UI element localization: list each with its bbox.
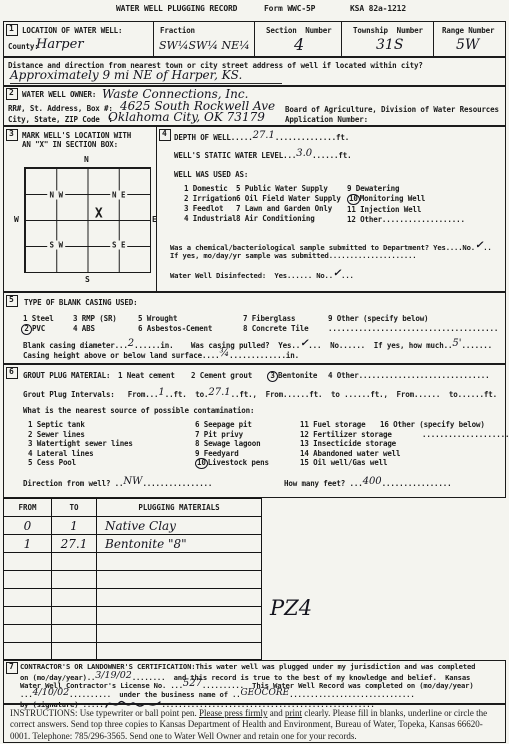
option-label: Injection Well bbox=[360, 205, 421, 214]
height-dots: .............in. bbox=[229, 351, 299, 360]
option-label: Fuel storage bbox=[313, 420, 365, 429]
source-option: 1 Septic tank bbox=[28, 420, 133, 430]
form-statute: KSA 82a-1212 bbox=[350, 4, 406, 14]
casing-option: 1 Steel bbox=[23, 314, 54, 323]
divider bbox=[254, 22, 255, 56]
depth-label: DEPTH OF WELL..... bbox=[174, 133, 253, 142]
pulled-dots: ....... bbox=[461, 341, 492, 350]
table-cell bbox=[52, 571, 97, 589]
grout-option: 2 Cement grout bbox=[191, 371, 252, 380]
form-body: 1 LOCATION OF WATER WELL: County: Harper… bbox=[3, 21, 506, 743]
used-as-label: WELL WAS USED AS: bbox=[174, 170, 248, 179]
disinfected-no-checkmark: ✓ bbox=[333, 268, 341, 279]
option-number: 7 bbox=[236, 204, 240, 213]
option-label: Feedlot bbox=[193, 204, 224, 213]
source-column-1: 1 Septic tank 2 Sewer lines 3 Watertight… bbox=[28, 420, 133, 468]
option-number: 2 bbox=[191, 371, 195, 380]
use-option: 12 Other................... bbox=[347, 215, 465, 225]
source-option: 7 Pit privy bbox=[195, 430, 269, 440]
box-1-number: 1 bbox=[6, 24, 18, 36]
option-number: 7 bbox=[195, 430, 199, 439]
box-5-casing: 5 TYPE OF BLANK CASING USED: 1 Steel 3 R… bbox=[3, 292, 506, 364]
scanned-water-well-plugging-record: { "header": { "title": "WATER WELL PLUGG… bbox=[0, 0, 509, 744]
county-value: Harper bbox=[36, 37, 84, 52]
use-option: 3 Feedlot bbox=[184, 204, 236, 214]
option-number: 13 bbox=[300, 439, 309, 448]
contamination-label: What is the nearest source of possible c… bbox=[23, 406, 254, 415]
option-number: 11 bbox=[300, 420, 309, 429]
box-3-title-2: AN "X" IN SECTION BOX: bbox=[22, 140, 118, 149]
feet-label: How many feet? ... bbox=[284, 479, 363, 488]
compass-north: N bbox=[84, 155, 89, 164]
option-label: Public Water Supply bbox=[245, 184, 328, 193]
option-number: 3 bbox=[73, 314, 77, 323]
casing-option: 6 Asbestos-Cement bbox=[138, 324, 212, 333]
option-label: Oil Field Water Supply bbox=[245, 194, 341, 203]
plugged-date-value: 3/19/02 bbox=[95, 670, 132, 681]
intervals-seg: ..ft., From......ft. to ......ft., From.… bbox=[231, 390, 497, 399]
col-header-from: FROM bbox=[4, 499, 52, 517]
table-cell bbox=[4, 571, 52, 589]
use-option: 1 Domestic bbox=[184, 184, 236, 194]
divider bbox=[156, 127, 157, 291]
source-option: 3 Watertight sewer lines bbox=[28, 439, 133, 449]
option-number: 3 bbox=[184, 204, 188, 213]
height-value: ¾ bbox=[219, 348, 229, 359]
option-label: Asbestos-Cement bbox=[147, 324, 212, 333]
chem-dots: .. bbox=[483, 243, 491, 252]
interval-from-value: 1 bbox=[158, 387, 164, 398]
form-title: WATER WELL PLUGGING RECORD bbox=[116, 4, 237, 14]
direction-label: Direction from well? .. bbox=[23, 479, 123, 488]
table-cell bbox=[4, 643, 52, 661]
option-number: 2 bbox=[28, 430, 32, 439]
option-label: Air Conditioning bbox=[245, 214, 315, 223]
option-number-circled: 3 bbox=[267, 371, 278, 382]
table-cell: Bentonite "8" bbox=[97, 535, 261, 553]
option-number: 8 bbox=[236, 214, 240, 223]
option-label: Industrial bbox=[193, 214, 237, 223]
other-dotted-line: ....................... bbox=[380, 430, 509, 440]
compass-east: E bbox=[152, 215, 157, 224]
option-number: 12 bbox=[347, 215, 356, 224]
chem-no-checkmark: ✓ bbox=[475, 240, 483, 251]
casing-option-pvc: 2PVC bbox=[21, 324, 45, 335]
divider bbox=[341, 22, 342, 56]
box-1-location: 1 LOCATION OF WATER WELL: County: Harper… bbox=[3, 21, 506, 57]
pz4-annotation: PZ4 bbox=[270, 596, 312, 620]
swl-suffix: ......ft. bbox=[312, 151, 351, 160]
option-label: Sewage lagoon bbox=[204, 439, 261, 448]
option-label: Cement grout bbox=[200, 371, 252, 380]
feet-value: 400 bbox=[363, 476, 382, 487]
table-cell bbox=[52, 643, 97, 661]
option-label: Concrete Tile bbox=[252, 324, 309, 333]
box-3-number: 3 bbox=[6, 129, 18, 141]
instr-seg: and bbox=[267, 708, 285, 718]
table-cell bbox=[97, 589, 261, 607]
owner-label: WATER WELL OWNER: bbox=[22, 90, 96, 99]
diameter-dots: ......in. bbox=[134, 341, 173, 350]
fraction-value: SW¼SW¼ NE¼ bbox=[159, 39, 250, 52]
intervals-label: Grout Plug Intervals: bbox=[23, 390, 115, 399]
option-number: 14 bbox=[300, 449, 309, 458]
application-label: Application Number: bbox=[285, 115, 368, 124]
address-label: RR#, St. Address, Box #: bbox=[8, 104, 113, 113]
option-number: 8 bbox=[195, 439, 199, 448]
table-cell: 1 bbox=[4, 535, 52, 553]
option-label: Other................... bbox=[360, 215, 465, 224]
pulled-mid: ... No...... If yes, how much.. bbox=[308, 341, 452, 350]
option-label: Septic tank bbox=[37, 420, 85, 429]
grout-option: 4 Other.............................. bbox=[328, 371, 490, 380]
agency-line: Board of Agriculture, Division of Water … bbox=[285, 105, 499, 114]
table-cell bbox=[97, 643, 261, 661]
box-2-number: 2 bbox=[6, 88, 18, 100]
option-label: Livestock pens bbox=[208, 458, 269, 467]
option-label: Domestic bbox=[193, 184, 228, 193]
uses-column-2: 5 Public Water Supply 6 Oil Field Water … bbox=[236, 184, 341, 224]
direction-line: Direction from well? ..NW...............… bbox=[23, 478, 212, 490]
option-number: 9 bbox=[328, 314, 332, 323]
table-cell bbox=[97, 607, 261, 625]
grout-option-bentonite: 3Bentonite bbox=[267, 371, 317, 382]
casing-height-line: Casing height above or below land surfac… bbox=[23, 350, 299, 362]
city-label: City, State, ZIP Code : bbox=[8, 115, 113, 124]
direction-value: NW bbox=[123, 476, 142, 487]
section-value: 4 bbox=[294, 35, 304, 54]
option-number: 1 bbox=[184, 184, 188, 193]
static-water-line: WELL'S STATIC WATER LEVEL...3.0......ft. bbox=[174, 150, 351, 162]
option-label: Pit privy bbox=[204, 430, 243, 439]
range-label: Range Number bbox=[442, 26, 494, 35]
county-label: County: bbox=[8, 42, 39, 51]
option-number: 8 bbox=[243, 324, 247, 333]
use-option: 4 Industrial bbox=[184, 214, 236, 224]
range-value: 5W bbox=[456, 37, 479, 53]
feet-line: How many feet? ...400................ bbox=[284, 478, 452, 490]
table-cell bbox=[52, 553, 97, 571]
license-number-value: 527 bbox=[183, 678, 202, 689]
source-option: 5 Cess Pool bbox=[28, 458, 133, 468]
township-value: 31S bbox=[376, 37, 403, 53]
divider bbox=[433, 22, 434, 56]
option-number: 3 bbox=[28, 439, 32, 448]
col-header-materials: PLUGGING MATERIALS bbox=[97, 499, 261, 517]
diameter-label: Blank casing diameter... bbox=[23, 341, 128, 350]
diameter-value: 2 bbox=[128, 338, 134, 349]
distance-row: Distance and direction from nearest town… bbox=[3, 57, 506, 86]
quadrant-se: S E bbox=[110, 240, 128, 249]
col-header-to: TO bbox=[52, 499, 97, 517]
option-label: Insecticide storage bbox=[313, 439, 396, 448]
table-cell bbox=[52, 625, 97, 643]
option-number: 5 bbox=[236, 184, 240, 193]
other-dotted-line: ....................................... bbox=[328, 324, 498, 333]
grout-intervals-line: Grout Plug Intervals: From...1..ft. to.2… bbox=[23, 389, 497, 401]
disinfected-label: Water Well Disinfected: Yes...... No.. bbox=[170, 271, 333, 280]
spacer bbox=[115, 390, 128, 399]
box-6-number: 6 bbox=[6, 367, 18, 379]
option-label: Seepage pit bbox=[204, 420, 252, 429]
distance-value: Approximately 9 mi NE of Harper, KS. bbox=[10, 68, 282, 84]
row-box3-box4: 3 MARK WELL'S LOCATION WITH AN "X" IN SE… bbox=[3, 126, 506, 292]
table-cell bbox=[4, 625, 52, 643]
option-number: 2 bbox=[184, 194, 188, 203]
city-value: Oklahoma City, OK 73179 bbox=[108, 110, 265, 124]
source-option: 14 Abandoned water well bbox=[300, 449, 400, 459]
source-column-2: 6 Seepage pit 7 Pit privy 8 Sewage lagoo… bbox=[195, 420, 269, 469]
grout-option: 1 Neat cement bbox=[118, 371, 175, 380]
quadrant-ne: N E bbox=[110, 191, 128, 200]
box-1-title: LOCATION OF WATER WELL: bbox=[22, 26, 122, 35]
use-option: 6 Oil Field Water Supply bbox=[236, 194, 341, 204]
option-label: Bentonite bbox=[278, 371, 317, 380]
option-label: Other.............................. bbox=[337, 371, 490, 380]
option-number: 7 bbox=[243, 314, 247, 323]
source-option: 13 Insecticide storage bbox=[300, 439, 400, 449]
table-cell bbox=[52, 607, 97, 625]
table-cell: Native Clay bbox=[97, 517, 261, 535]
source-option: 9 Feedyard bbox=[195, 449, 269, 459]
compass-west: W bbox=[14, 215, 19, 224]
table-cell: 0 bbox=[4, 517, 52, 535]
option-label: RMP (SR) bbox=[82, 314, 117, 323]
source-option: 6 Seepage pit bbox=[195, 420, 269, 430]
cert-line-1: CONTRACTOR'S OR LANDOWNER'S CERTIFICATIO… bbox=[20, 663, 475, 672]
casing-option: 9 Other (specify below) bbox=[328, 314, 428, 323]
option-label: Sewer lines bbox=[37, 430, 85, 439]
option-number: 9 bbox=[347, 184, 351, 193]
instr-seg: INSTRUCTIONS: Use typewriter or ball poi… bbox=[10, 708, 199, 718]
chem-sample-line-2: If yes, mo/day/yr sample was submitted..… bbox=[170, 252, 416, 261]
pulled-label: Was casing pulled? Yes.. bbox=[191, 341, 300, 350]
option-label: Oil well/Gas well bbox=[313, 458, 387, 467]
box-7-number: 7 bbox=[6, 662, 18, 674]
use-option: 2 Irrigation bbox=[184, 194, 236, 204]
depth-line: DEPTH OF WELL.....27.1..............ft. bbox=[174, 132, 349, 144]
option-number: 5 bbox=[138, 314, 142, 323]
table-cell: 27.1 bbox=[52, 535, 97, 553]
direction-dots: ................ bbox=[142, 479, 212, 488]
height-label: Casing height above or below land surfac… bbox=[23, 351, 219, 360]
option-number: 1 bbox=[23, 314, 27, 323]
business-name-value: GEOCORE bbox=[240, 688, 289, 698]
swl-label: WELL'S STATIC WATER LEVEL... bbox=[174, 151, 296, 160]
source-option: 4 Lateral lines bbox=[28, 449, 133, 459]
form-number: Form WWC-5P bbox=[264, 4, 315, 14]
table-cell bbox=[97, 571, 261, 589]
option-number: 6 bbox=[236, 194, 240, 203]
quadrant-nw: N W bbox=[47, 191, 65, 200]
use-option: 7 Lawn and Garden Only bbox=[236, 204, 341, 214]
box-6-grout: 6 GROUT PLUG MATERIAL: 1 Neat cement 2 C… bbox=[3, 364, 506, 498]
option-number: 4 bbox=[328, 371, 332, 380]
pulled-amount-value: 5' bbox=[452, 338, 461, 349]
option-label: Dewatering bbox=[356, 184, 400, 193]
swl-value: 3.0 bbox=[296, 148, 312, 159]
table-cell bbox=[97, 553, 261, 571]
option-label: PVC bbox=[32, 324, 45, 333]
option-label: Abandoned water well bbox=[313, 449, 400, 458]
option-label: ABS bbox=[82, 324, 95, 333]
option-label: Cess Pool bbox=[37, 458, 76, 467]
box-7-certification: 7 CONTRACTOR'S OR LANDOWNER'S CERTIFICAT… bbox=[3, 660, 506, 704]
grout-material-label: GROUT PLUG MATERIAL: bbox=[23, 371, 110, 380]
use-option: 11 Injection Well bbox=[347, 205, 465, 215]
source-column-4: 16 Other (specify below) ...............… bbox=[380, 420, 509, 439]
section-label: Section Number bbox=[266, 26, 331, 35]
option-number: 15 bbox=[300, 458, 309, 467]
box-5-title: TYPE OF BLANK CASING USED: bbox=[24, 298, 138, 307]
source-option-livestock-pens: 10Livestock pens bbox=[195, 458, 269, 469]
quadrant-sw: S W bbox=[47, 240, 65, 249]
depth-value: 27.1 bbox=[253, 130, 275, 141]
well-location-x-mark: X bbox=[95, 206, 103, 221]
disinfected-dots: ... bbox=[341, 271, 354, 280]
casing-option: 4 ABS bbox=[73, 324, 95, 333]
instructions-box: INSTRUCTIONS: Use typewriter or ball poi… bbox=[3, 704, 506, 743]
option-number: 9 bbox=[195, 449, 199, 458]
uses-column-3: 9 Dewatering 10Monitoring Well 11 Inject… bbox=[347, 184, 465, 225]
option-label: Other (specify below) bbox=[337, 314, 429, 323]
uses-column-1: 1 Domestic 2 Irrigation 3 Feedlot 4 Indu… bbox=[184, 184, 236, 224]
option-label: Lateral lines bbox=[37, 449, 94, 458]
plugging-materials-table: FROM TO PLUGGING MATERIALS 0 1 Native Cl… bbox=[3, 498, 262, 660]
record-completed-date-value: 4/10/02 bbox=[33, 687, 70, 698]
disinfected-line: Water Well Disinfected: Yes...... No..✓.… bbox=[170, 270, 354, 282]
table-cell bbox=[4, 553, 52, 571]
box-5-number: 5 bbox=[6, 295, 18, 307]
intervals-seg: ..ft. to. bbox=[165, 390, 209, 399]
source-option: 2 Sewer lines bbox=[28, 430, 133, 440]
box-4-number: 4 bbox=[159, 129, 171, 141]
table-cell: 1 bbox=[52, 517, 97, 535]
source-option: 8 Sewage lagoon bbox=[195, 439, 269, 449]
option-label: Watertight sewer lines bbox=[37, 439, 133, 448]
depth-suffix: ..............ft. bbox=[275, 133, 349, 142]
option-label: Steel bbox=[32, 314, 54, 323]
option-number-circled: 10 bbox=[347, 194, 360, 205]
table-cell bbox=[52, 589, 97, 607]
option-number: 6 bbox=[195, 420, 199, 429]
option-label: Wrought bbox=[147, 314, 178, 323]
option-number: 11 bbox=[347, 205, 356, 214]
source-option: 15 Oil well/Gas well bbox=[300, 458, 400, 468]
interval-to-value: 27.1 bbox=[208, 387, 230, 398]
casing-option: 3 RMP (SR) bbox=[73, 314, 117, 323]
township-label: Township Number bbox=[353, 26, 423, 35]
option-label: Fiberglass bbox=[252, 314, 296, 323]
instr-underlined: print bbox=[285, 708, 302, 718]
option-number: 6 bbox=[138, 324, 142, 333]
instr-underlined: Please press firmly bbox=[199, 708, 267, 718]
instructions-text: INSTRUCTIONS: Use typewriter or ball poi… bbox=[10, 708, 499, 742]
box-2-owner: 2 WATER WELL OWNER: Waste Connections, I… bbox=[3, 86, 506, 126]
pulled-yes-checkmark: ✓ bbox=[300, 338, 308, 349]
option-number: 1 bbox=[28, 420, 32, 429]
use-option: 5 Public Water Supply bbox=[236, 184, 341, 194]
section-grid: N W N E S W S E X bbox=[24, 167, 151, 273]
source-option-other: 16 Other (specify below) bbox=[380, 420, 509, 430]
intervals-seg: From... bbox=[128, 390, 159, 399]
option-number: 5 bbox=[28, 458, 32, 467]
casing-option: 8 Concrete Tile bbox=[243, 324, 309, 333]
casing-option: 7 Fiberglass bbox=[243, 314, 295, 323]
option-label: Neat cement bbox=[127, 371, 175, 380]
use-option-monitoring-well: 10Monitoring Well bbox=[347, 194, 465, 205]
option-label: Lawn and Garden Only bbox=[245, 204, 332, 213]
option-number-circled: 10 bbox=[195, 458, 208, 469]
option-number: 4 bbox=[184, 214, 188, 223]
option-number: 4 bbox=[28, 449, 32, 458]
box-3-title-1: MARK WELL'S LOCATION WITH bbox=[22, 131, 131, 140]
option-label: Irrigation bbox=[193, 194, 237, 203]
option-number: 1 bbox=[118, 371, 122, 380]
option-label: Monitoring Well bbox=[360, 194, 425, 203]
use-option: 8 Air Conditioning bbox=[236, 214, 341, 224]
compass-south: S bbox=[85, 275, 90, 284]
option-number: 4 bbox=[73, 324, 77, 333]
casing-option: 5 Wrought bbox=[138, 314, 177, 323]
fraction-label: Fraction bbox=[160, 26, 195, 35]
feet-dots: ................ bbox=[382, 479, 452, 488]
plugging-table-zone: FROM TO PLUGGING MATERIALS 0 1 Native Cl… bbox=[3, 498, 506, 660]
option-label: Feedyard bbox=[204, 449, 239, 458]
table-cell bbox=[4, 589, 52, 607]
option-number: 12 bbox=[300, 430, 309, 439]
table-cell bbox=[97, 625, 261, 643]
option-number-circled: 2 bbox=[21, 324, 32, 335]
use-option: 9 Dewatering bbox=[347, 184, 465, 194]
spacer bbox=[173, 341, 190, 350]
divider bbox=[153, 22, 154, 56]
table-cell bbox=[4, 607, 52, 625]
